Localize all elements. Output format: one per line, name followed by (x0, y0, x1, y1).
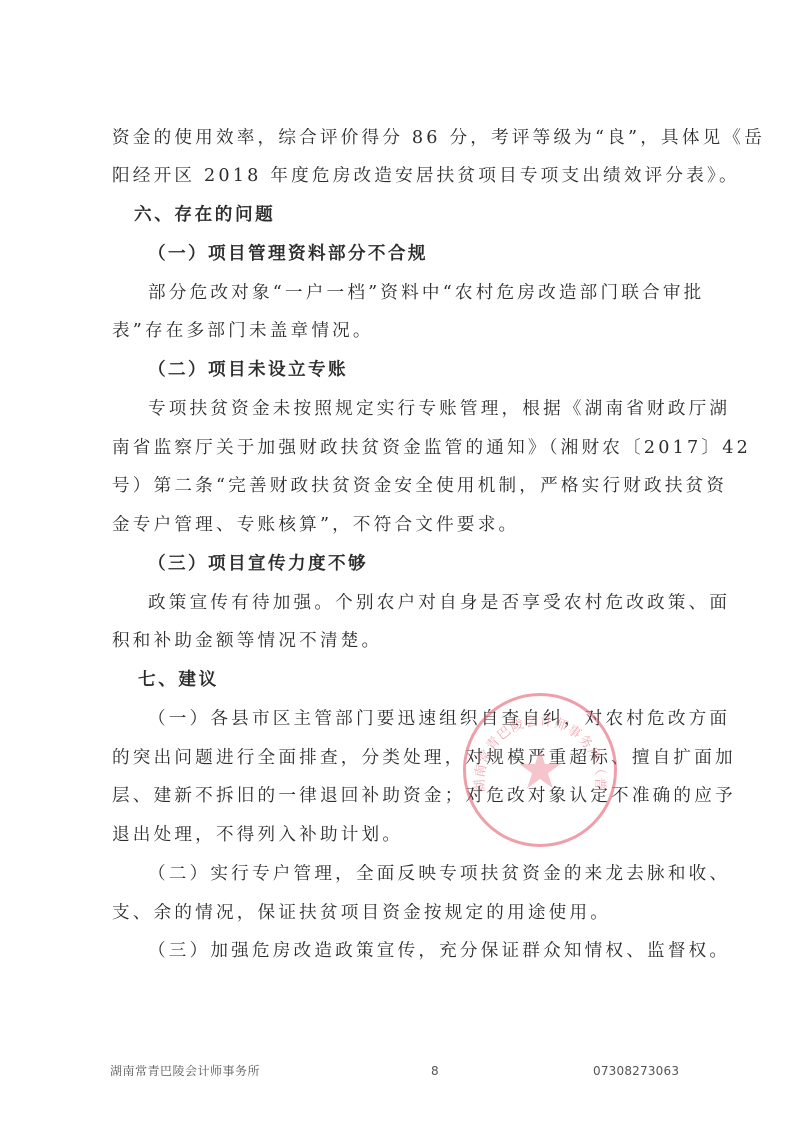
section-heading-problems: 六、存在的问题 (134, 205, 704, 225)
body-paragraph-line: 阳经开区 2018 年度危房改造安居扶贫项目专项支出绩效评分表》。 (112, 166, 682, 186)
body-paragraph-line: （二）实行专户管理，全面反映专项扶贫资金的来龙去脉和收、 (148, 864, 682, 884)
document-page: 资金的使用效率，综合评价得分 86 分，考评等级为“良”，具体见《岳 阳经开区 … (0, 0, 793, 1121)
body-paragraph-line: 积和补助金额等情况不清楚。 (112, 631, 682, 651)
body-paragraph-line: 金专户管理、专账核算”，不符合文件要求。 (112, 515, 682, 535)
body-paragraph-line: 退出处理，不得列入补助计划。 (112, 825, 682, 845)
body-paragraph-line: 层、建新不拆旧的一律退回补助资金；对危改对象认定不准确的应予 (112, 786, 682, 806)
footer-phone: 07308273063 (593, 1064, 679, 1078)
body-paragraph-line: 号）第二条“完善财政扶贫资金安全使用机制，严格实行财政扶贫资 (112, 476, 682, 496)
subheading-3: （三）项目宣传力度不够 (148, 554, 682, 574)
subheading-1: （一）项目管理资料部分不合规 (148, 244, 682, 264)
body-paragraph-line: 南省监察厅关于加强财政扶贫资金监管的通知》（湘财农〔2017〕42 (112, 438, 682, 458)
footer-page-number: 8 (431, 1064, 439, 1078)
body-paragraph-line: 政策宣传有待加强。个别农户对自身是否享受农村危改政策、面 (148, 593, 682, 613)
body-paragraph-line: （三）加强危房改造政策宣传，充分保证群众知情权、监督权。 (148, 941, 682, 961)
section-heading-suggestions: 七、建议 (138, 670, 708, 690)
body-paragraph-line: 部分危改对象“一户一档”资料中“农村危房改造部门联合审批 (148, 283, 682, 303)
body-paragraph-line: 资金的使用效率，综合评价得分 86 分，考评等级为“良”，具体见《岳 (112, 128, 682, 148)
body-paragraph-line: （一）各县市区主管部门要迅速组织自查自纠，对农村危改方面 (148, 709, 682, 729)
footer-firm-name: 湖南常青巴陵会计师事务所 (110, 1064, 260, 1078)
body-paragraph-line: 专项扶贫资金未按照规定实行专账管理，根据《湖南省财政厅湖 (148, 399, 682, 419)
body-paragraph-line: 的突出问题进行全面排查，分类处理，对规模严重超标、擅自扩面加 (112, 748, 682, 768)
body-paragraph-line: 表”存在多部门未盖章情况。 (112, 321, 682, 341)
body-paragraph-line: 支、余的情况，保证扶贫项目资金按规定的用途使用。 (112, 903, 682, 923)
subheading-2: （二）项目未设立专账 (148, 360, 682, 380)
